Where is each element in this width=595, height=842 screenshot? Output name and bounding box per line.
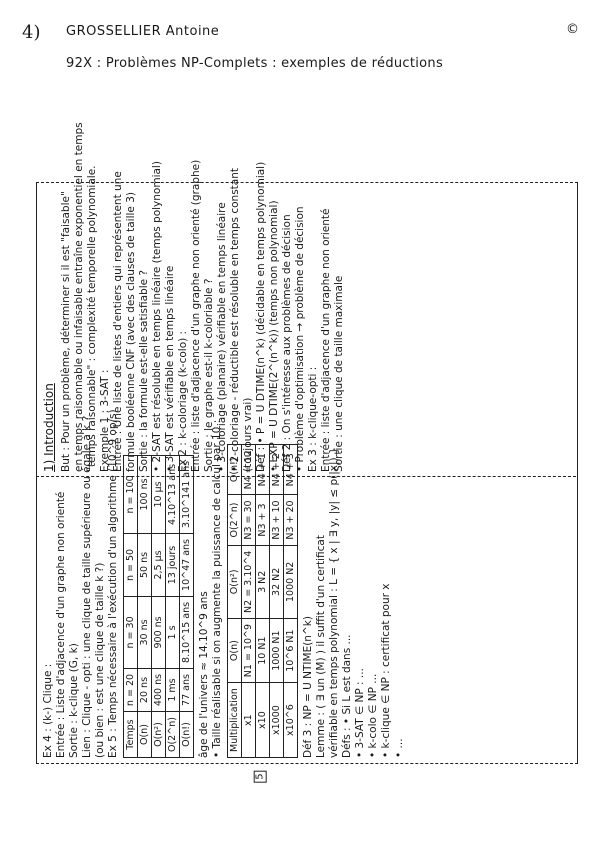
table-row: x10^610^6 N11000 N2N3 + 20N4 + 3 bbox=[284, 445, 298, 758]
table-header: n = 100 bbox=[124, 455, 138, 533]
table-cell: 13 jours bbox=[166, 533, 180, 596]
size-table: MultiplicationO(n)O(n²)O(2^n)O(n!)x1N1 =… bbox=[227, 444, 298, 758]
table-row: x1010 N13 N2N3 + 3N4 + 1 bbox=[256, 445, 270, 758]
table-cell: N3 + 10 bbox=[270, 495, 284, 545]
note-line: vérifiable en temps polynomial : L = { x… bbox=[328, 480, 341, 758]
table-header: n = 50 bbox=[124, 533, 138, 596]
time-table: Tempsn = 20n = 30n = 50n = 100O(n)20 ns3… bbox=[123, 455, 194, 758]
table-cell: O(2^n) bbox=[166, 712, 180, 758]
course-title: 92X : Problèmes NP-Complets : exemples d… bbox=[66, 56, 443, 71]
complexity-panel: Ex 4 : (k-) Clique :Entrée : Liste d'adj… bbox=[42, 480, 570, 758]
table-cell: 10 N1 bbox=[256, 618, 270, 682]
table-cell: 32 N2 bbox=[270, 545, 284, 618]
note-line: Déf 3 : NP = U NTIME(n^k) bbox=[302, 480, 315, 758]
table-cell: N1 = 10^9 bbox=[242, 618, 256, 682]
note-line: • 2-SAT est résoluble en temps linéaire … bbox=[151, 186, 164, 472]
table-cell: N4 + 3 bbox=[284, 445, 298, 495]
table-cell: 1 s bbox=[166, 596, 180, 668]
table-header: O(n) bbox=[228, 618, 242, 682]
note-line: • k-colo ∈ NP ... bbox=[367, 480, 380, 758]
table-cell: N3 + 3 bbox=[256, 495, 270, 545]
note-line: • EXP = U DTIME(2^(n^k)) (temps non poly… bbox=[268, 186, 281, 472]
copyright-mark: © bbox=[566, 22, 579, 37]
note-line: • 3-SAT ∈ NP : ... bbox=[354, 480, 367, 758]
intro-panel: 1) Introduction But : Pour un problème, … bbox=[42, 186, 570, 472]
author-name: GROSSELLIER Antoine bbox=[66, 24, 219, 39]
table-cell: O(n²) bbox=[152, 712, 166, 758]
table-cell: 4.10^13 ans bbox=[166, 455, 180, 533]
table-cell: 900 ns bbox=[152, 596, 166, 668]
table-row: O(n²)400 ns900 ns2,5 µs10 µs bbox=[152, 455, 166, 757]
note-line: (toujours vrai) bbox=[242, 186, 255, 472]
table-cell: x1 bbox=[242, 683, 256, 758]
table-cell: 30 ns bbox=[138, 596, 152, 668]
table-cell: 20 ns bbox=[138, 668, 152, 711]
note-line: Sortie : la formule est-elle satisfiable… bbox=[138, 186, 151, 472]
note-line: Lemme : ( ∃ un (M) ) il suffit d'un cert… bbox=[315, 480, 328, 758]
note-line: But : Pour un problème, déterminer si il… bbox=[60, 186, 73, 472]
table-row: x10001000 N132 N2N3 + 10N4 + 2 bbox=[270, 445, 284, 758]
table-header: O(2^n) bbox=[228, 495, 242, 545]
table-cell: 10^47 ans bbox=[180, 533, 194, 596]
table-cell: N4 + 1 bbox=[256, 445, 270, 495]
table-row: O(2^n)1 ms1 s13 jours4.10^13 ans bbox=[166, 455, 180, 757]
note-line: Défs : • Si L est dans ... bbox=[341, 480, 354, 758]
note-line: • ... bbox=[393, 480, 406, 758]
table-row: x1N1 = 10^9N2 = 3.10^4N3 = 30N4 = 12 bbox=[242, 445, 256, 758]
table-cell: 1 ms bbox=[166, 668, 180, 711]
corner-mark-left: 4) bbox=[22, 22, 40, 43]
note-line: Lien : Clique - opti : une clique de tai… bbox=[81, 480, 94, 758]
definition-lines: Déf 3 : NP = U NTIME(n^k)Lemme : ( ∃ un … bbox=[302, 480, 406, 758]
table-cell: 1000 N1 bbox=[270, 618, 284, 682]
note-line: Déf : • P = U DTIME(n^k) (décidable en t… bbox=[255, 186, 268, 472]
table-cell: O(n) bbox=[138, 712, 152, 758]
table-header: O(n²) bbox=[228, 545, 242, 618]
note-line: Entrée : liste d'adjacence d'un graphe n… bbox=[320, 186, 333, 472]
table-header: n = 30 bbox=[124, 596, 138, 668]
table-cell: N3 + 20 bbox=[284, 495, 298, 545]
page-number: 5 bbox=[254, 770, 267, 782]
note-line: Entrée : liste d'adjacence d'un graphe n… bbox=[190, 186, 203, 472]
table-cell: 400 ns bbox=[152, 668, 166, 711]
table-cell: 50 ns bbox=[138, 533, 152, 596]
table-header: Multiplication bbox=[228, 683, 242, 758]
table-cell: N4 = 12 bbox=[242, 445, 256, 495]
note-line: Sortie : k-clique (G, k) bbox=[68, 480, 81, 758]
table-cell: 8.10^15 ans bbox=[180, 596, 194, 668]
table-cell: 10 µs bbox=[152, 455, 166, 533]
table-cell: x10 bbox=[256, 683, 270, 758]
table-header: n = 20 bbox=[124, 668, 138, 711]
table-header: O(n!) bbox=[228, 445, 242, 495]
note-line: Sortie : une clique de taille maximale bbox=[333, 186, 346, 472]
age-note: âge de l'univers ≈ 14.10^9 ans bbox=[198, 480, 211, 758]
clique-lines: Ex 4 : (k-) Clique :Entrée : Liste d'adj… bbox=[42, 480, 107, 758]
table-cell: x10^6 bbox=[284, 683, 298, 758]
note-line: • Problème d'optimisation → problème de … bbox=[294, 186, 307, 472]
time-table-caption: Ex 5 : Temps nécessaire à l'exécution d'… bbox=[107, 480, 120, 758]
table-cell: 3 N2 bbox=[256, 545, 270, 618]
intro-lines: But : Pour un problème, déterminer si il… bbox=[60, 186, 346, 472]
table-header: Temps bbox=[124, 712, 138, 758]
table-cell: O(n!) bbox=[180, 712, 194, 758]
table-cell: 1000 N2 bbox=[284, 545, 298, 618]
table-cell: 100 ns bbox=[138, 455, 152, 533]
table-cell: x1000 bbox=[270, 683, 284, 758]
table-row: O(n!)77 ans8.10^15 ans10^47 ans3.10^141 … bbox=[180, 455, 194, 757]
note-line: Entrée : Liste d'adjacence d'un graphe n… bbox=[55, 480, 68, 758]
note-line: Déf 2 : On s'intéresse aux problèmes de … bbox=[281, 186, 294, 472]
note-line: Ex 2 : k-coloriage (k-colo) : bbox=[177, 186, 190, 472]
note-line: • k-clique ∈ NP : certificat pour x bbox=[380, 480, 393, 758]
note-line: • 3-SAT est vérifiable en temps linéaire bbox=[164, 186, 177, 472]
note-line: Ex 3 : k-clique-opti : bbox=[307, 186, 320, 472]
note-line: (ou bien : est une clique de taille k ?) bbox=[94, 480, 107, 758]
section-title: 1) Introduction bbox=[42, 186, 56, 472]
note-line: • 2-coloriage - réductible est résoluble… bbox=[229, 186, 242, 472]
size-table-caption: • Taille réalisable si on augmente la pu… bbox=[211, 480, 224, 758]
table-cell: 2,5 µs bbox=[152, 533, 166, 596]
table-cell: 10^6 N1 bbox=[284, 618, 298, 682]
table-cell: N2 = 3.10^4 bbox=[242, 545, 256, 618]
table-cell: 77 ans bbox=[180, 668, 194, 711]
note-line: formule booléenne CNF (avec des clauses … bbox=[125, 186, 138, 472]
table-cell: N4 + 2 bbox=[270, 445, 284, 495]
note-line: Ex 4 : (k-) Clique : bbox=[42, 480, 55, 758]
table-row: O(n)20 ns30 ns50 ns100 ns bbox=[138, 455, 152, 757]
table-cell: 3.10^141 ans bbox=[180, 455, 194, 533]
table-cell: N3 = 30 bbox=[242, 495, 256, 545]
